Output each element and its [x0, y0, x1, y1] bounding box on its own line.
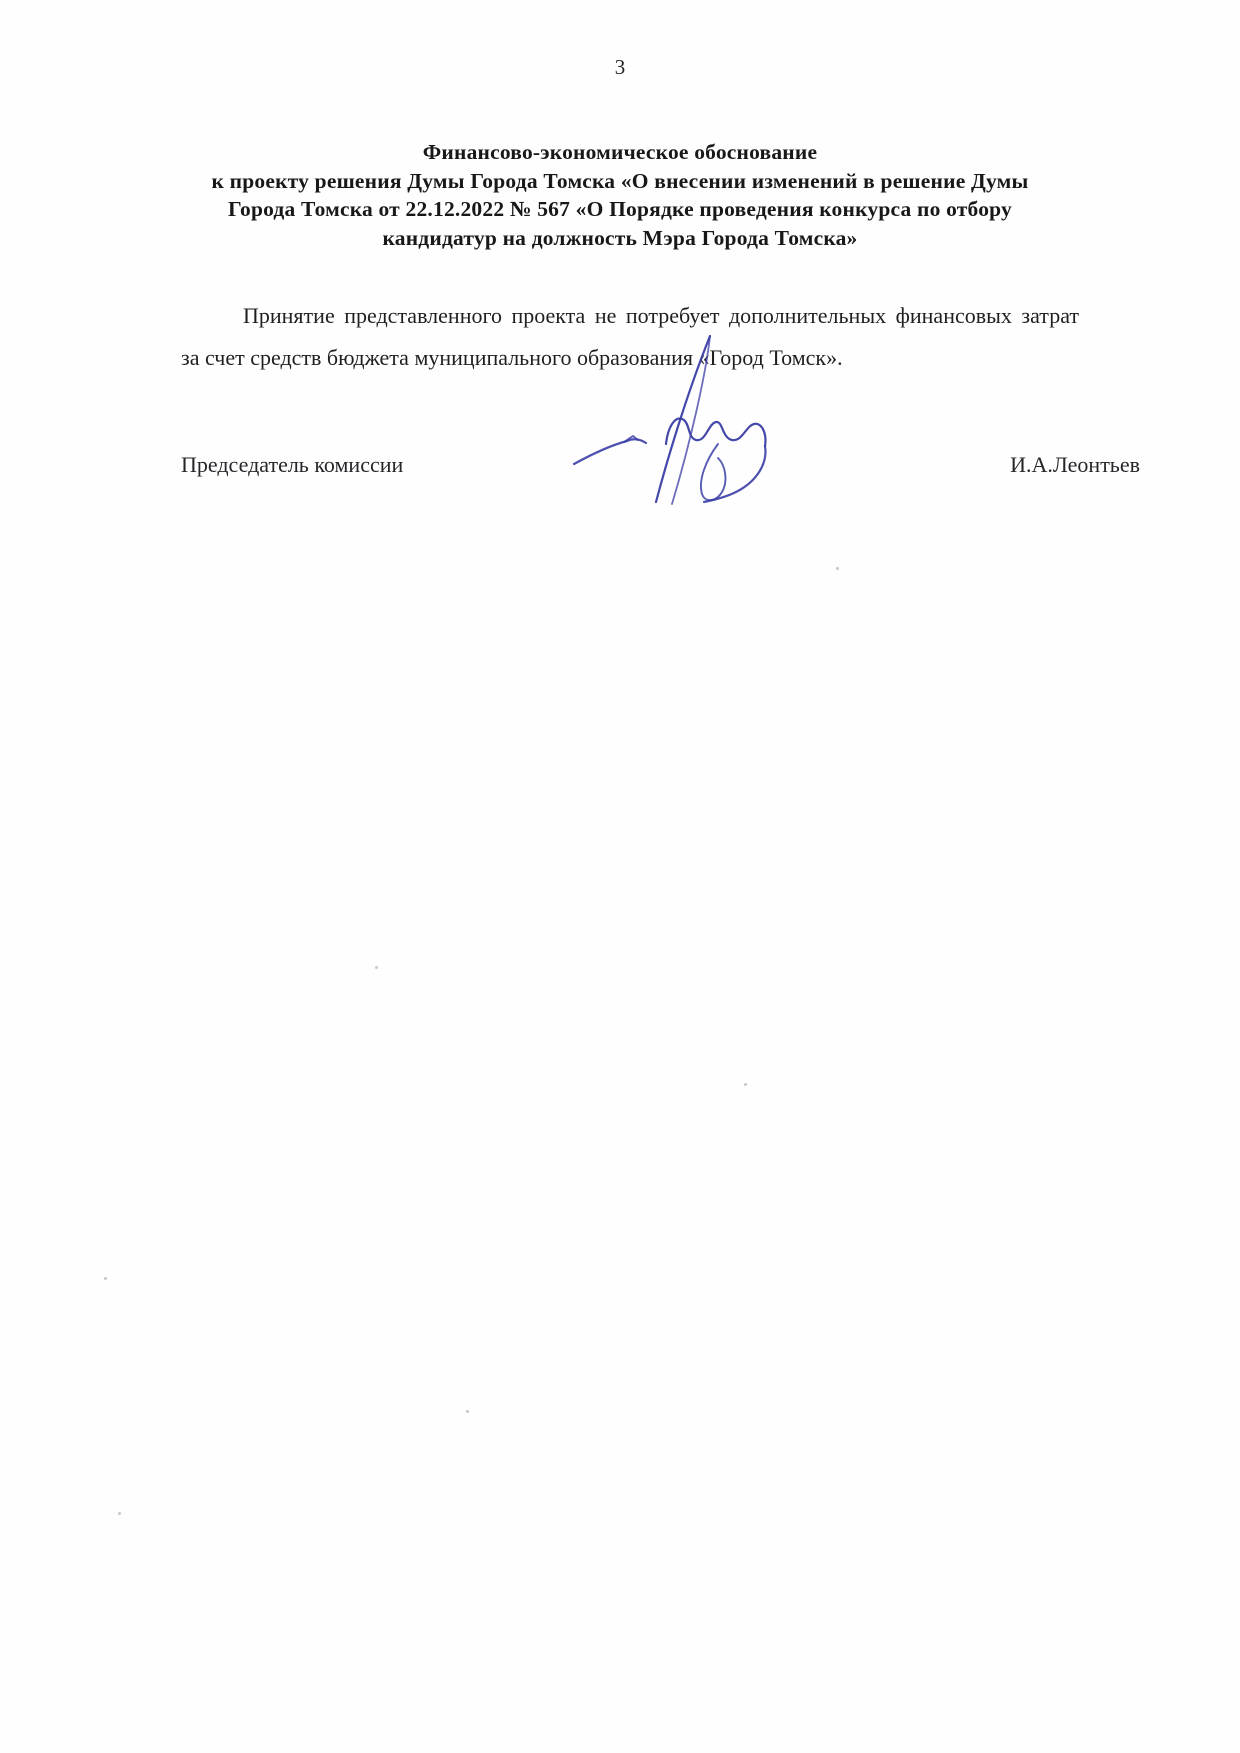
signoff-role: Председатель комиссии	[181, 452, 403, 478]
paragraph-line: за счет средств бюджета муниципального о…	[181, 337, 1079, 379]
scan-speck	[836, 567, 839, 570]
paragraph-line: Принятие представленного проекта не потр…	[181, 295, 1079, 337]
scan-speck	[466, 1410, 469, 1413]
scan-speck	[375, 966, 378, 969]
document-page: 3 Финансово-экономическое обоснование к …	[0, 0, 1240, 1753]
body-paragraph: Принятие представленного проекта не потр…	[181, 295, 1079, 379]
title-line: Финансово-экономическое обоснование	[150, 138, 1090, 167]
scan-speck	[744, 1083, 747, 1086]
scan-speck	[104, 1277, 107, 1280]
scan-speck	[118, 1512, 121, 1515]
signoff-name: И.А.Леонтьев	[1010, 452, 1140, 478]
title-line: Города Томска от 22.12.2022 № 567 «О Пор…	[150, 195, 1090, 224]
page-number: 3	[0, 55, 1240, 80]
document-title: Финансово-экономическое обоснование к пр…	[150, 138, 1090, 252]
title-line: к проекту решения Думы Города Томска «О …	[150, 167, 1090, 196]
signoff-row: Председатель комиссии И.А.Леонтьев	[181, 452, 1140, 478]
title-line: кандидатур на должность Мэра Города Томс…	[150, 224, 1090, 253]
